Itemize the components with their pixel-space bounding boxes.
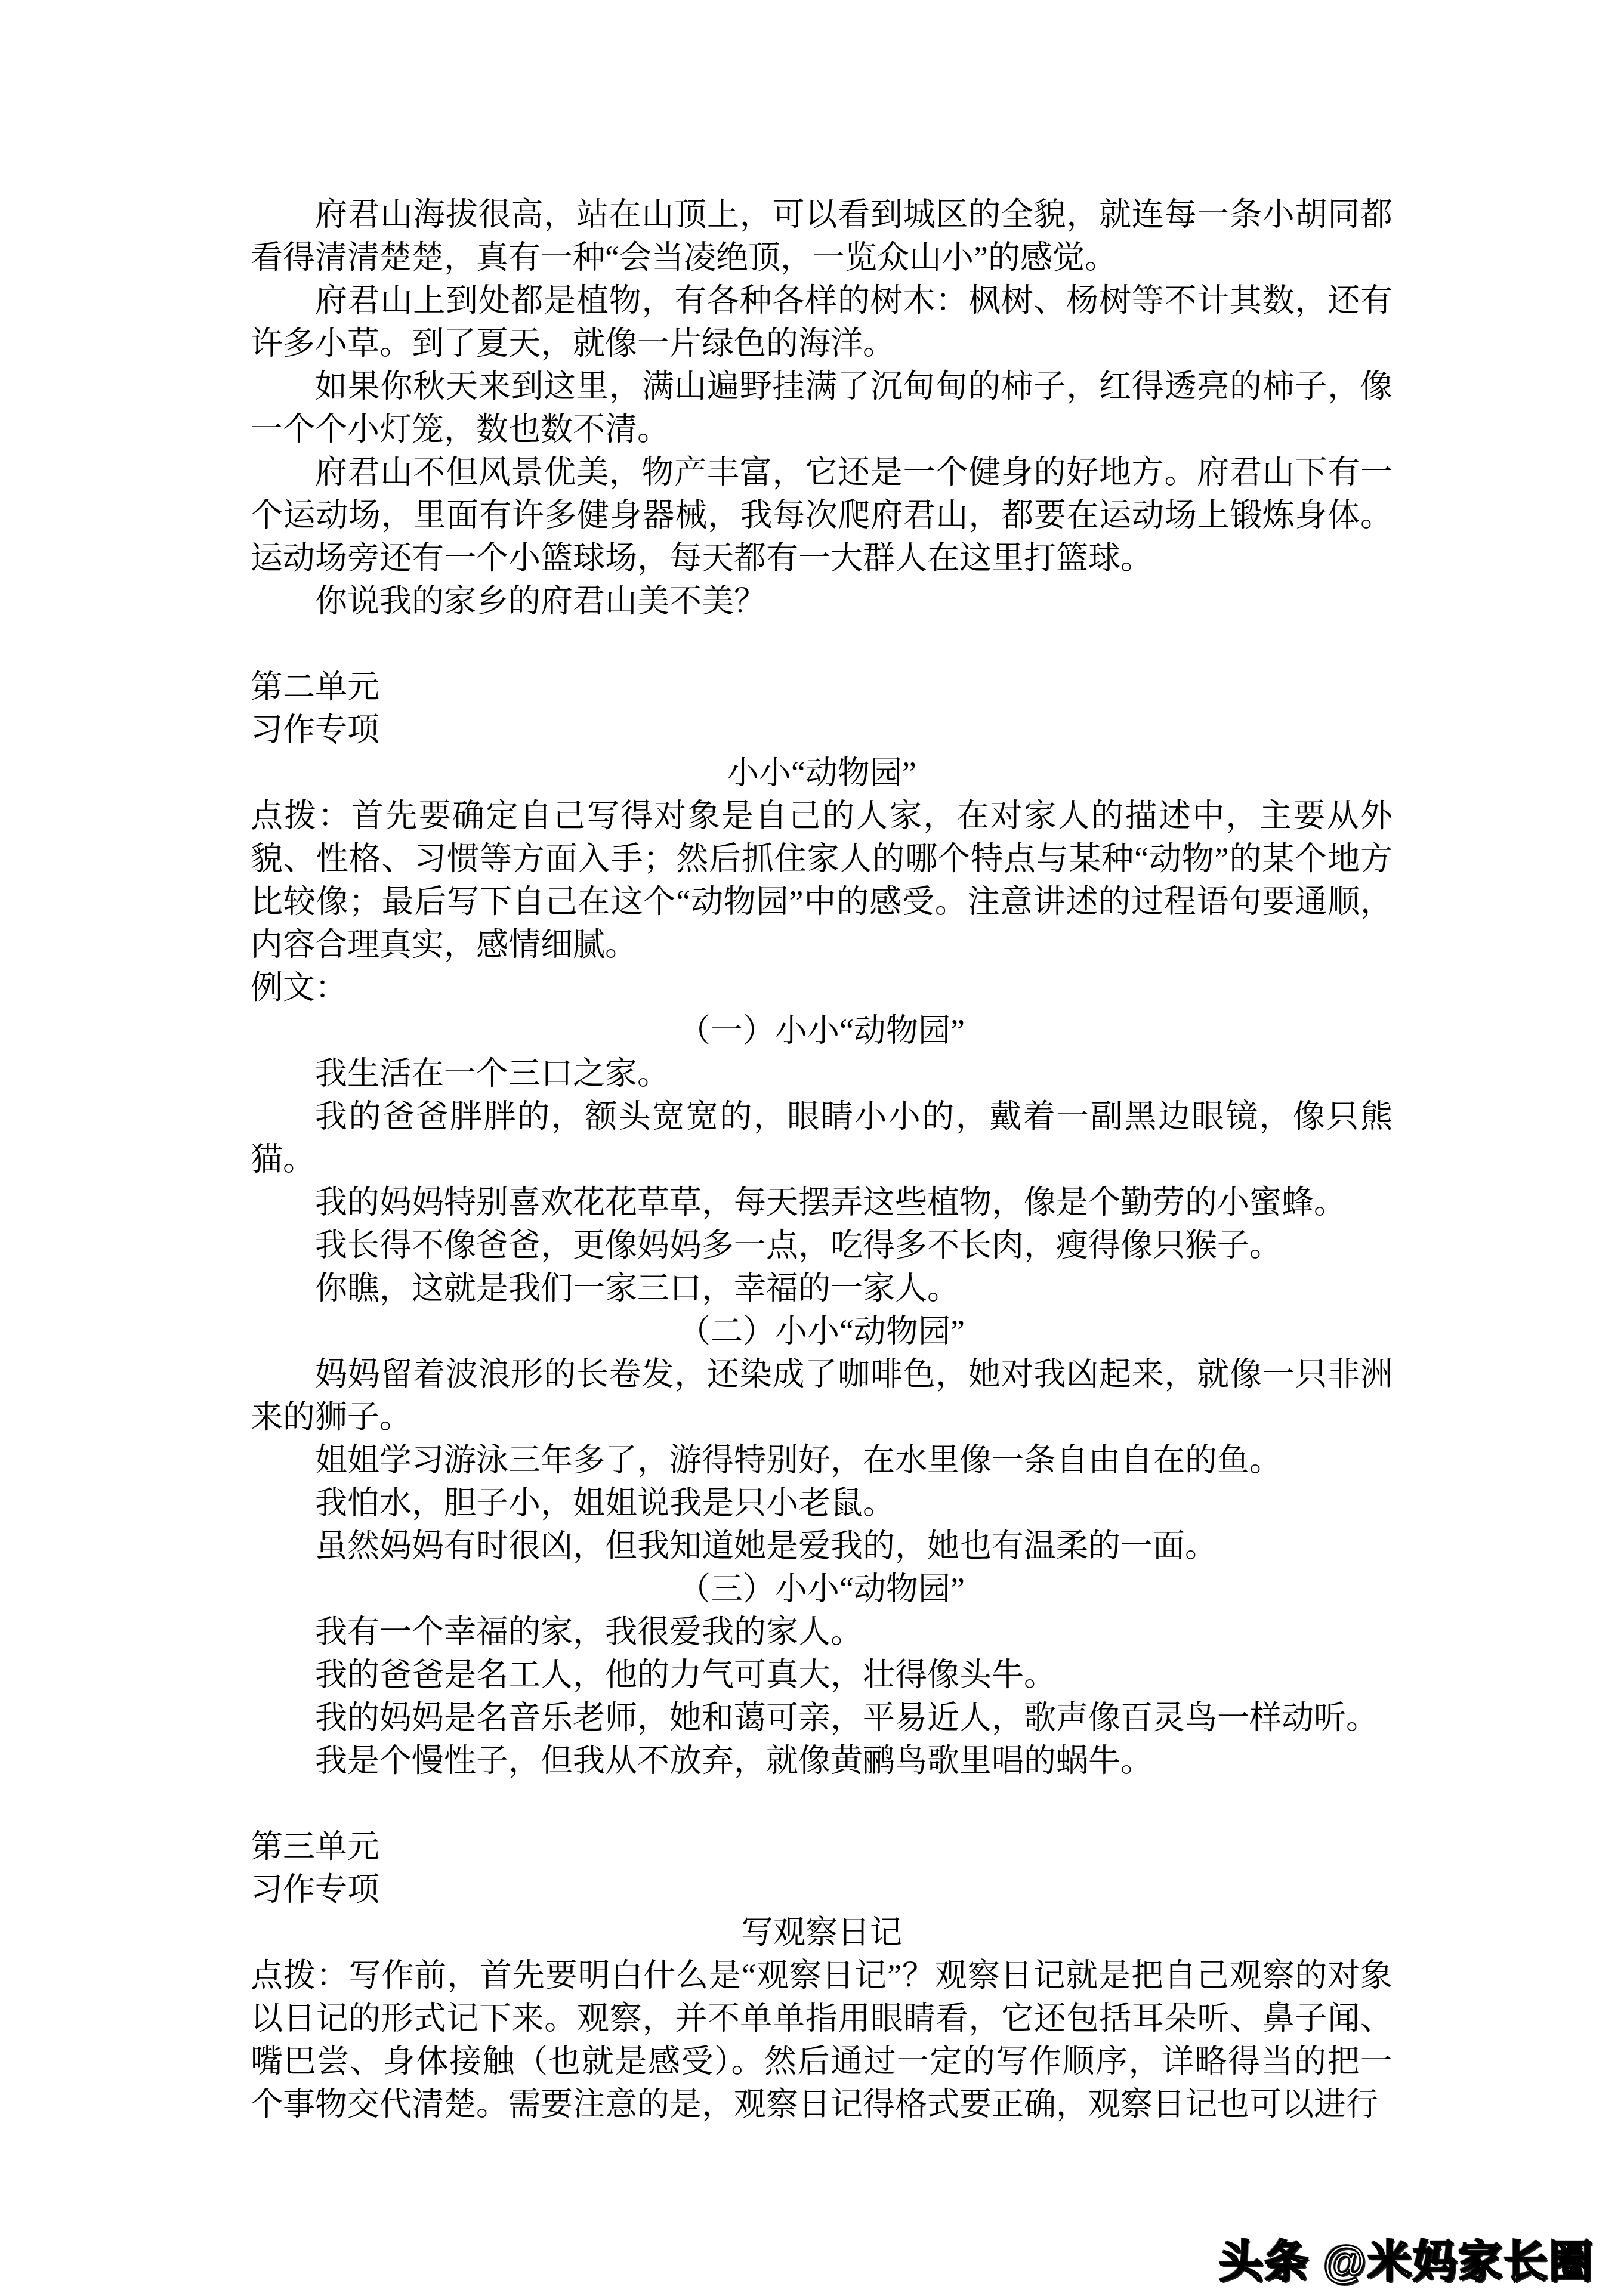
toutiao-watermark: 头条 @米妈家长圈 (1219, 2227, 1594, 2290)
guidance-paragraph: 点拨：写作前，首先要明白什么是“观察日记”？观察日记就是把自己观察的对象以日记的… (251, 1954, 1393, 2126)
body-paragraph: 妈妈留着波浪形的长卷发，还染成了咖啡色，她对我凶起来，就像一只非洲来的狮子。 (251, 1353, 1393, 1439)
body-paragraph: 如果你秋天来到这里，满山遍野挂满了沉甸甸的柿子，红得透亮的柿子，像一个个小灯笼，… (251, 365, 1393, 451)
body-paragraph: 我长得不像爸爸，更像妈妈多一点，吃得多不长肉，瘦得像只猴子。 (251, 1224, 1393, 1267)
document-text: 府君山海拔很高，站在山顶上，可以看到城区的全貌，就连每一条小胡同都看得清清楚楚，… (251, 193, 1393, 2126)
essay-title: 写观察日记 (251, 1911, 1393, 1954)
subject-heading: 习作专项 (251, 709, 1393, 752)
document-page: 府君山海拔很高，站在山顶上，可以看到城区的全貌，就连每一条小胡同都看得清清楚楚，… (0, 0, 1624, 2296)
body-paragraph: 府君山不但风景优美，物产丰富，它还是一个健身的好地方。府君山下有一个运动场，里面… (251, 451, 1393, 580)
unit-heading: 第二单元 (251, 666, 1393, 709)
body-paragraph: 府君山上到处都是植物，有各种各样的树木：枫树、杨树等不计其数，还有许多小草。到了… (251, 279, 1393, 365)
essay-title: 小小“动物园” (251, 752, 1393, 795)
essay-title: （一）小小“动物园” (251, 1009, 1393, 1052)
example-label: 例文： (251, 966, 1393, 1009)
guidance-paragraph: 点拨：首先要确定自己写得对象是自己的人家，在对家人的描述中，主要从外貌、性格、习… (251, 795, 1393, 966)
subject-heading: 习作专项 (251, 1868, 1393, 1911)
body-paragraph: 我生活在一个三口之家。 (251, 1052, 1393, 1095)
body-paragraph: 姐姐学习游泳三年多了，游得特别好，在水里像一条自由自在的鱼。 (251, 1439, 1393, 1482)
body-paragraph: 我的爸爸是名工人，他的力气可真大，壮得像头牛。 (251, 1654, 1393, 1696)
body-paragraph: 我的爸爸胖胖的，额头宽宽的，眼睛小小的，戴着一副黑边眼镜，像只熊猫。 (251, 1095, 1393, 1181)
blank-line (251, 623, 1393, 666)
essay-title: （二）小小“动物园” (251, 1310, 1393, 1353)
body-paragraph: 我的妈妈是名音乐老师，她和蔼可亲，平易近人，歌声像百灵鸟一样动听。 (251, 1696, 1393, 1739)
body-paragraph: 我是个慢性子，但我从不放弃，就像黄鹂鸟歌里唱的蜗牛。 (251, 1739, 1393, 1782)
body-paragraph: 府君山海拔很高，站在山顶上，可以看到城区的全貌，就连每一条小胡同都看得清清楚楚，… (251, 193, 1393, 279)
body-paragraph: 虽然妈妈有时很凶，但我知道她是爱我的，她也有温柔的一面。 (251, 1525, 1393, 1568)
unit-heading: 第三单元 (251, 1825, 1393, 1868)
body-paragraph: 你说我的家乡的府君山美不美？ (251, 580, 1393, 623)
body-paragraph: 我的妈妈特别喜欢花花草草，每天摆弄这些植物，像是个勤劳的小蜜蜂。 (251, 1181, 1393, 1224)
body-paragraph: 我有一个幸福的家，我很爱我的家人。 (251, 1611, 1393, 1654)
body-paragraph: 我怕水，胆子小，姐姐说我是只小老鼠。 (251, 1482, 1393, 1525)
body-paragraph: 你瞧，这就是我们一家三口，幸福的一家人。 (251, 1267, 1393, 1310)
blank-line (251, 1782, 1393, 1825)
essay-title: （三）小小“动物园” (251, 1568, 1393, 1611)
